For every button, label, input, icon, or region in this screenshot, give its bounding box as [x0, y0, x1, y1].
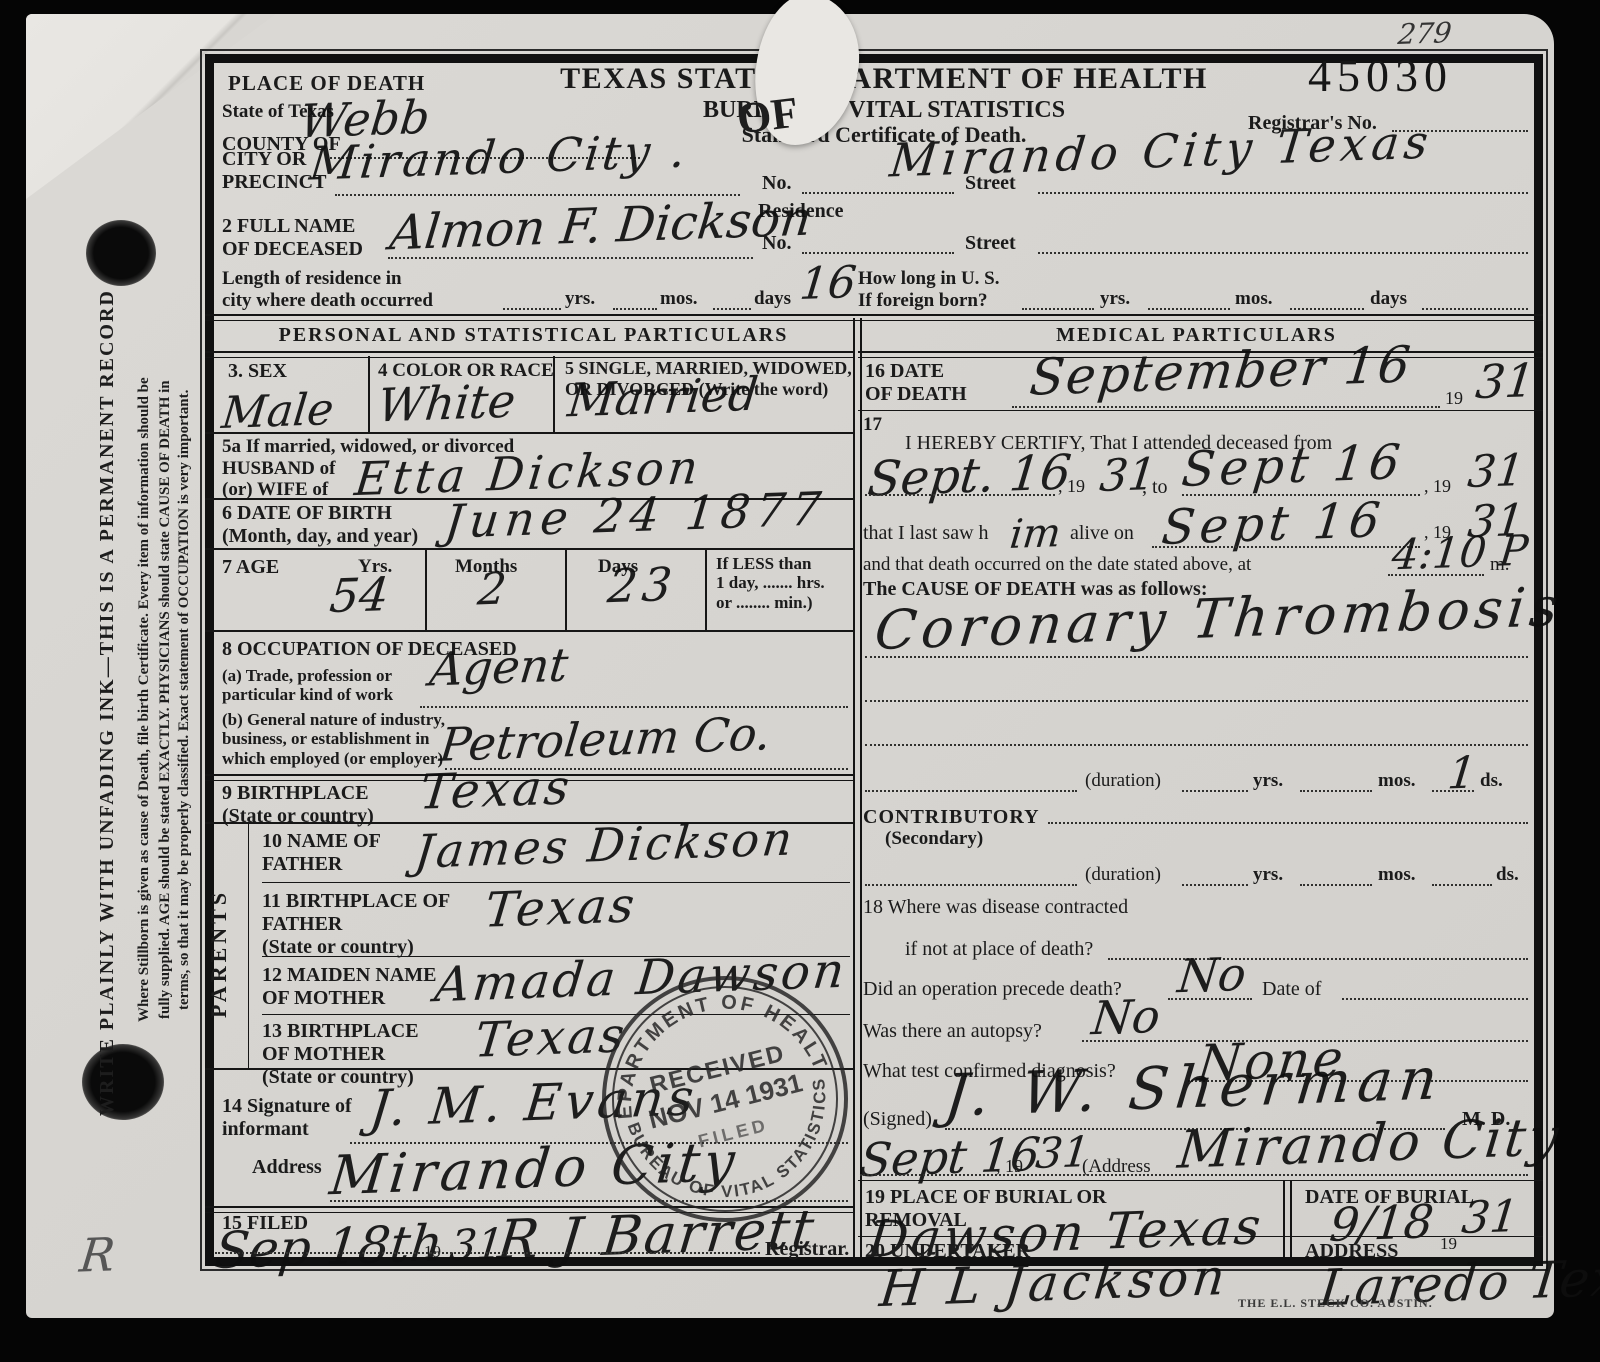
dotted-line	[1432, 884, 1492, 886]
margin-notice-line3: fully supplied. AGE should be stated EXA…	[157, 140, 176, 1260]
double-rule	[205, 351, 853, 358]
age-yrs-value: 54	[328, 571, 391, 619]
father-name-value: James Dickson	[413, 815, 798, 874]
dotted-line	[1182, 884, 1248, 886]
residence-no-label: No.	[762, 232, 791, 255]
dotted-line	[865, 700, 1528, 702]
item17-label: 17	[863, 414, 882, 436]
parents-label: PARENTS	[206, 858, 236, 1048]
dotted-line	[1022, 308, 1094, 310]
printer-footer: THE E.L. STECK CO. AUSTIN.	[1238, 1296, 1433, 1311]
last-saw-value: Sept 16	[1160, 496, 1388, 552]
certificate-number: 45030	[1308, 50, 1453, 102]
dotted-line	[1300, 884, 1372, 886]
dotted-line	[865, 884, 1077, 886]
contributory-label: CONTRIBUTORY	[863, 806, 1040, 829]
margin-notice-line2: Where Stillborn is given as cause of Dea…	[136, 140, 155, 1260]
operation-value: No	[1176, 951, 1249, 1000]
date-of-death-label: 16 DATE OF DEATH	[865, 360, 967, 406]
dotted-line	[802, 192, 954, 194]
cell-divider	[425, 550, 427, 630]
dotted-line	[865, 744, 1528, 746]
dotted-line	[420, 706, 848, 708]
dotted-line	[1148, 308, 1230, 310]
dod-year-prefix: 19	[1445, 388, 1463, 409]
burial-year: 31	[1460, 1195, 1521, 1241]
occupation-b-value: Petroleum Co.	[438, 710, 773, 768]
duration-yrs-label: yrs.	[1253, 770, 1283, 792]
dotted-line	[865, 790, 1077, 792]
last-saw-suffix: alive on	[1070, 522, 1134, 545]
bureau-title: BUREAU OF VITAL STATISTICS	[424, 97, 1344, 124]
filed-date-value: Sep 18th	[212, 1218, 445, 1276]
department-title: TEXAS STATE DEPARTMENT OF HEALTH	[424, 62, 1344, 96]
mos-label: mos.	[660, 288, 697, 310]
race-value: White	[376, 378, 518, 429]
death-occurred-label: and that death occurred on the date stat…	[863, 554, 1251, 576]
sex-value: Male	[220, 388, 336, 436]
last-saw-him: im	[1008, 513, 1063, 555]
margin-notice-line1: WRITE PLAINLY WITH UNFADING INK—THIS IS …	[96, 155, 122, 1250]
attended-to-year: 31	[1466, 449, 1527, 495]
dotted-line	[1108, 958, 1528, 960]
where-contracted-label: 18 Where was disease contracted	[863, 896, 1128, 919]
dotted-line	[1152, 546, 1420, 548]
dotted-line	[1342, 998, 1528, 1000]
duration2-ds-label: ds.	[1496, 864, 1519, 886]
dotted-line	[713, 308, 751, 310]
signed-label: (Signed)	[863, 1108, 932, 1131]
registrar-label: Registrar.	[765, 1238, 849, 1261]
autopsy-value: No	[1090, 993, 1163, 1042]
mother-name-label: 12 MAIDEN NAME OF MOTHER	[262, 964, 436, 1010]
row-divider	[858, 1180, 1543, 1181]
m-label: m.	[1490, 554, 1510, 576]
cell-divider	[553, 356, 555, 432]
dotted-line	[1048, 822, 1528, 824]
dotted-line	[865, 494, 1055, 496]
us-mos-label: mos.	[1235, 288, 1272, 310]
days-label: days	[754, 288, 791, 310]
dotted-line	[1012, 406, 1440, 408]
dotted-line	[388, 257, 753, 259]
operation-label: Did an operation precede death?	[863, 978, 1122, 1001]
full-name-value: Almon F. Dickson	[388, 195, 814, 258]
burial-cell-divider	[1283, 1180, 1292, 1257]
dotted-line	[802, 252, 954, 254]
cell-divider	[705, 550, 707, 630]
personal-section-title: PERSONAL AND STATISTICAL PARTICULARS	[214, 324, 853, 347]
autopsy-label: Was there an autopsy?	[863, 1020, 1042, 1043]
father-name-label: 10 NAME OF FATHER	[262, 830, 381, 876]
how-long-us-label: How long in U. S. If foreign born?	[858, 268, 999, 311]
date-of-death-year: 31	[1474, 357, 1537, 405]
row-divider	[858, 410, 1543, 411]
cell-divider	[565, 550, 567, 630]
physician-address: Mirando City	[1175, 1111, 1563, 1177]
birthplace-value: Texas	[418, 763, 575, 817]
length-days-value: 16	[798, 261, 859, 307]
sex-label: 3. SEX	[228, 360, 287, 383]
occupation-a-value: Agent	[428, 641, 571, 692]
attended-to-value: Sept 16	[1180, 438, 1408, 494]
date-of-label: Date of	[1262, 978, 1321, 1001]
corner-page-number: 279	[1397, 19, 1453, 49]
row-divider	[858, 1236, 1543, 1237]
dob-label: 6 DATE OF BIRTH (Month, day, and year)	[222, 502, 418, 548]
row-divider	[205, 432, 853, 434]
yrs-label: yrs.	[565, 288, 595, 310]
us-days-label: days	[1370, 288, 1407, 310]
full-name-label: 2 FULL NAME OF DECEASED	[222, 215, 363, 261]
row-divider	[205, 630, 853, 632]
dob-value: June 24 1877	[443, 485, 829, 545]
dotted-line	[1290, 308, 1364, 310]
undertaker-value: H L Jackson	[877, 1252, 1231, 1314]
dotted-line	[613, 308, 657, 310]
to-year-prefix: , 19	[1424, 476, 1451, 497]
duration2-yrs-label: yrs.	[1253, 864, 1283, 886]
duration-mos-label: mos.	[1378, 770, 1415, 792]
father-birthplace-value: Texas	[483, 881, 640, 935]
if-not-label: if not at place of death?	[905, 938, 1093, 961]
father-birthplace-label: 11 BIRTHPLACE OF FATHER (State or countr…	[262, 890, 450, 958]
age-less-label: If LESS than 1 day, ....... hrs. or ....…	[716, 554, 825, 612]
dotted-line	[1300, 790, 1372, 792]
dotted-line	[1038, 252, 1528, 254]
duration-label: (duration)	[1085, 770, 1161, 792]
occupation-b-label: (b) General nature of industry, business…	[222, 710, 445, 768]
duration-ds-label: ds.	[1480, 770, 1503, 792]
dotted-line	[860, 1174, 1528, 1176]
age-months-value: 2	[476, 567, 509, 612]
dotted-line	[1168, 998, 1252, 1000]
torn-text-fragment: OF	[734, 86, 801, 144]
dotted-line	[865, 656, 1528, 658]
duration2-label: (duration)	[1085, 864, 1161, 886]
dotted-line	[1432, 790, 1474, 792]
birthplace-label: 9 BIRTHPLACE (State or country)	[222, 782, 374, 828]
cell-divider	[368, 356, 370, 432]
us-yrs-label: yrs.	[1100, 288, 1130, 310]
city-precinct-value: Mirando City .	[308, 127, 691, 186]
dotted-line	[1422, 308, 1528, 310]
age-label: 7 AGE	[222, 556, 279, 579]
date-of-death-value: September 16	[1027, 339, 1414, 403]
dotted-line	[1388, 574, 1484, 576]
double-rule	[205, 314, 1543, 321]
length-of-residence-label: Length of residence in city where death …	[222, 268, 433, 311]
secondary-label: (Secondary)	[885, 828, 983, 850]
parents-divider	[248, 822, 249, 1068]
dotted-line	[1038, 192, 1528, 194]
margin-notice-line4: terms, so that it may be properly classi…	[176, 140, 195, 1260]
to-label: , to	[1142, 476, 1168, 499]
from-year-prefix: , 19	[1058, 476, 1085, 497]
marital-value: Married	[566, 371, 761, 424]
scanned-death-certificate: 279 R WRITE PLAINLY WITH UNFADING INK—TH…	[0, 0, 1600, 1362]
dotted-line	[503, 308, 561, 310]
residence-street-label: Street	[965, 232, 1016, 255]
last-saw-prefix: that I last saw h	[863, 522, 989, 545]
occupation-a-label: (a) Trade, profession or particular kind…	[222, 666, 393, 705]
age-days-value: 23	[606, 561, 679, 610]
duration2-mos-label: mos.	[1378, 864, 1415, 886]
informant-label: 14 Signature of informant	[222, 1095, 352, 1141]
dotted-line	[1182, 790, 1248, 792]
row-divider	[205, 548, 853, 550]
dotted-line	[215, 1252, 760, 1254]
informant-address-label: Address	[252, 1156, 322, 1179]
